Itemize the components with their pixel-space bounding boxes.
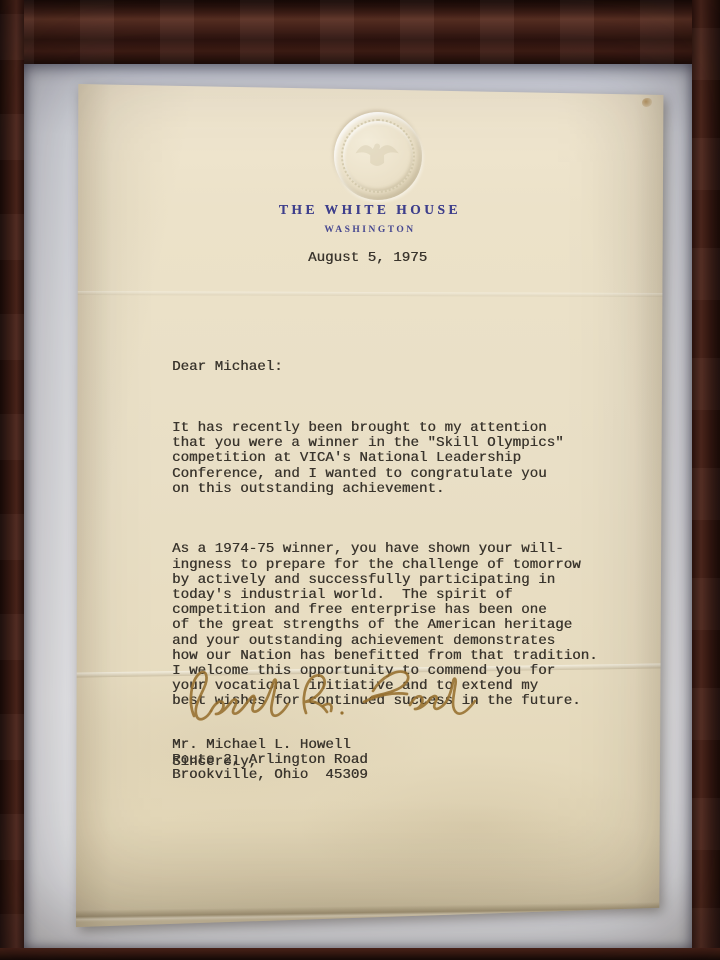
signature-autograph [176,656,486,731]
paper-crease-top [76,291,664,297]
framed-letter-photo: THE WHITE HOUSE WASHINGTON August 5, 197… [0,0,720,960]
signature-stroke [191,672,211,719]
letter-date: August 5, 1975 [308,250,427,266]
signature-stroke [340,711,343,714]
frame-bottom-rail [0,948,720,960]
paper-fold-bottom [76,902,664,922]
presidential-seal-icon [334,112,422,200]
letterhead-location: WASHINGTON [76,225,664,235]
signature-stroke [211,680,288,716]
letter-paper-wrap: THE WHITE HOUSE WASHINGTON August 5, 197… [76,84,664,928]
signature-stroke [410,679,475,714]
frame-top-rail [0,0,720,64]
seal-eagle-icon [352,132,404,180]
letter-paper: THE WHITE HOUSE WASHINGTON August 5, 197… [76,84,664,928]
letterhead-title: THE WHITE HOUSE [76,202,664,218]
signature-stroke [364,693,407,702]
frame-left-rail [0,0,24,960]
paper-stain [642,98,652,107]
letter-paragraph: It has recently been brought to my atten… [172,421,608,497]
recipient-address: Mr. Michael L. Howell Route 2, Arlington… [172,738,368,784]
signature-stroke [304,675,327,713]
letter-salutation: Dear Michael: [172,360,608,375]
frame-right-rail [692,0,720,960]
